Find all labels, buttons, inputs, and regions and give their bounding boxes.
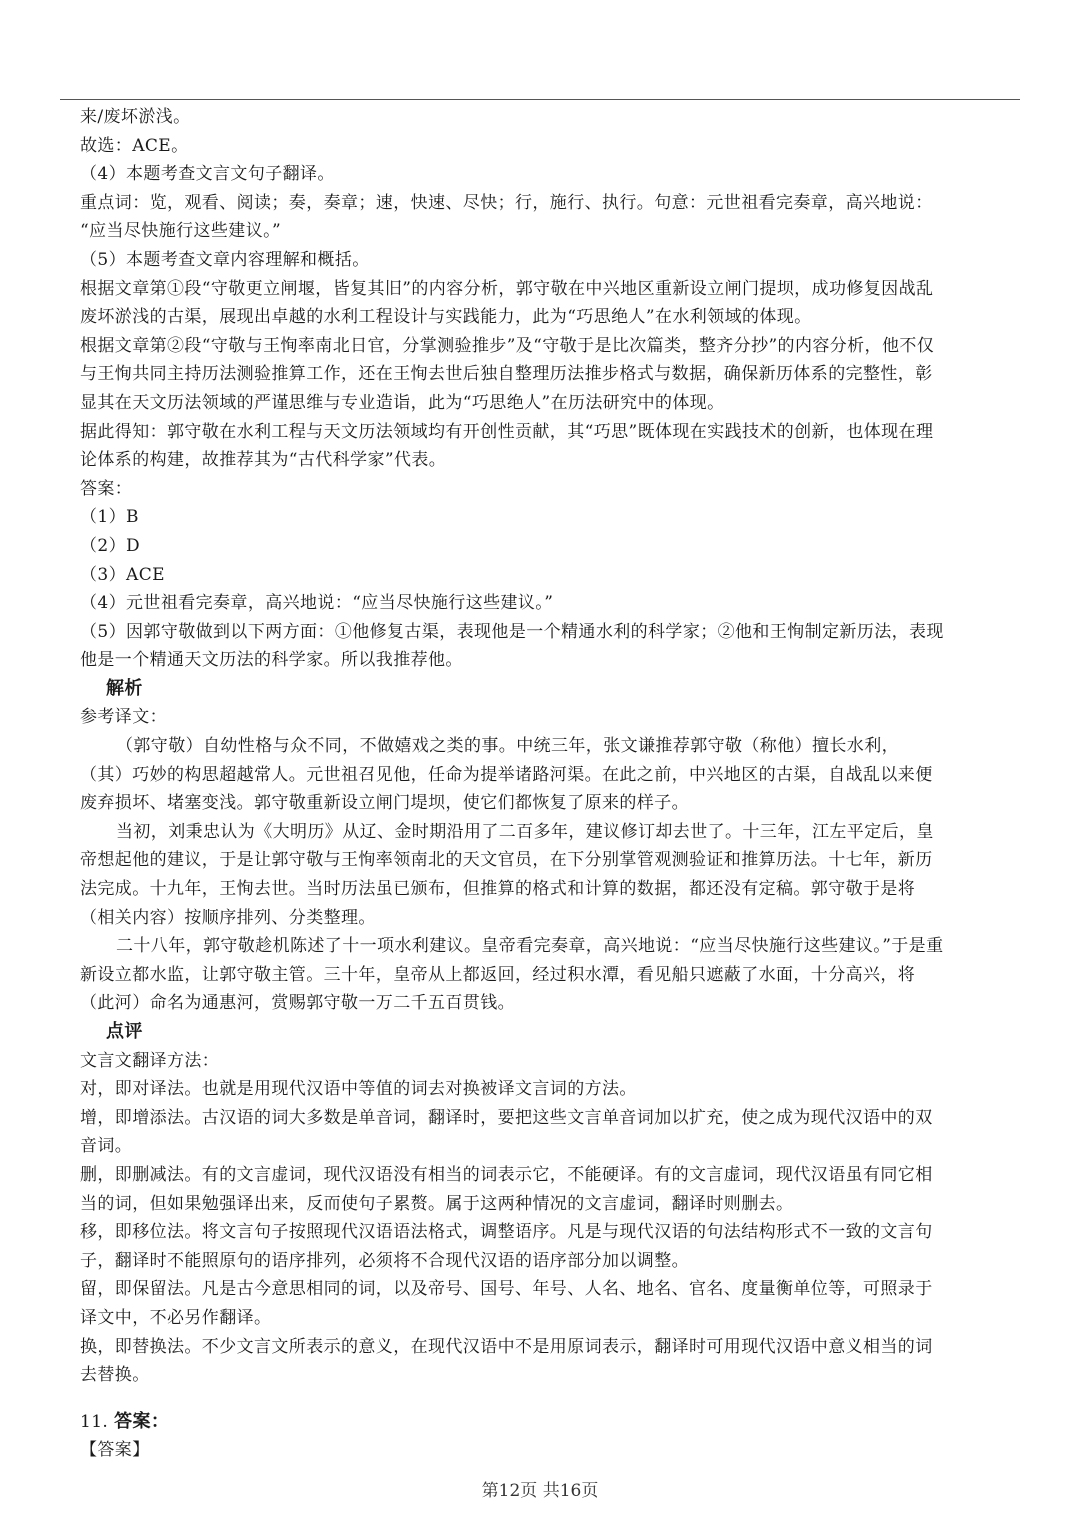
method-line: 音词。 <box>80 1132 1040 1161</box>
method-line: 对，即对译法。也就是用现代汉语中等值的词去对换被译文言词的方法。 <box>80 1075 1040 1104</box>
question-number: 11. <box>80 1412 108 1432</box>
text-line: 根据文章第①段“守敬更立闸堰，皆复其旧”的内容分析，郭守敬在中兴地区重新设立闸门… <box>80 275 1040 304</box>
translation-line: 法完成。十九年，王恂去世。当时历法虽已颁布，但推算的格式和计算的数据，都还没有定… <box>80 875 1040 904</box>
text-line: （4）本题考查文言文句子翻译。 <box>80 160 1040 189</box>
analysis-part1: 来/废坏淤浅。故选：ACE。（4）本题考查文言文句子翻译。重点词：览，观看、阅读… <box>80 103 1040 475</box>
translation-line: 帝想起他的建议，于是让郭守敬与王恂率领南北的天文官员，在下分别掌管观测验证和推算… <box>80 846 1040 875</box>
method-line: 留，即保留法。凡是古今意思相同的词，以及帝号、国号、年号、人名、地名、官名、度量… <box>80 1275 1040 1304</box>
translation-line: 当初，刘秉忠认为《大明历》从辽、金时期沿用了二百多年，建议修订却去世了。十三年，… <box>80 818 1040 847</box>
method-line: 子，翻译时不能照原句的语序排列，必须将不合现代汉语的语序部分加以调整。 <box>80 1247 1040 1276</box>
question-11-heading: 11. 答案： <box>80 1408 1040 1437</box>
text-line: 来/废坏淤浅。 <box>80 103 1040 132</box>
text-line: 废坏淤浅的古渠，展现出卓越的水利工程设计与实践能力，此为“巧思绝人”在水利领域的… <box>80 303 1040 332</box>
text-line: 论体系的构建，故推荐其为“古代科学家”代表。 <box>80 446 1040 475</box>
answer-line: （4）元世祖看完奏章，高兴地说：“应当尽快施行这些建议。” <box>80 589 1040 618</box>
methods-label: 文言文翻译方法： <box>80 1047 1040 1076</box>
question-11-sub-label: 【答案】 <box>80 1436 1040 1465</box>
text-line: （5）本题考查文章内容理解和概括。 <box>80 246 1040 275</box>
text-line: 与王恂共同主持历法测验推算工作，还在王恂去世后独自整理历法推步格式与数据，确保新… <box>80 360 1040 389</box>
answer-line: 他是一个精通天文历法的科学家。所以我推荐他。 <box>80 646 1040 675</box>
answers-list: （1）B（2）D（3）ACE（4）元世祖看完奏章，高兴地说：“应当尽快施行这些建… <box>80 503 1040 675</box>
answer-line: （1）B <box>80 503 1040 532</box>
answers-label: 答案： <box>80 475 1040 504</box>
translation-label: 参考译文： <box>80 703 1040 732</box>
method-line: 当的词，但如果勉强译出来，反而使句子累赘。属于这两种情况的文言虚词，翻译时则删去… <box>80 1190 1040 1219</box>
translation-body: （郭守敬）自幼性格与众不同，不做嬉戏之类的事。中统三年，张文谦推荐郭守敬（称他）… <box>80 732 1040 1018</box>
method-line: 去替换。 <box>80 1361 1040 1390</box>
method-line: 换，即替换法。不少文言文所表示的意义，在现代汉语中不是用原词表示，翻译时可用现代… <box>80 1333 1040 1362</box>
method-line: 移，即移位法。将文言句子按照现代汉语语法格式，调整语序。凡是与现代汉语的句法结构… <box>80 1218 1040 1247</box>
text-line: 重点词：览，观看、阅读；奏，奏章；速，快速、尽快；行，施行、执行。句意：元世祖看… <box>80 189 1040 218</box>
method-line: 译文中，不必另作翻译。 <box>80 1304 1040 1333</box>
text-line: 故选：ACE。 <box>80 132 1040 161</box>
answer-line: （2）D <box>80 532 1040 561</box>
answer-line: （5）因郭守敬做到以下两方面：①他修复古渠，表现他是一个精通水利的科学家；②他和… <box>80 618 1040 647</box>
analysis-heading: 解析 <box>80 675 1040 704</box>
text-line: 根据文章第②段“守敬与王恂率南北日官，分掌测验推步”及“守敬于是比次篇类，整齐分… <box>80 332 1040 361</box>
translation-line: （其）巧妙的构思超越常人。元世祖召见他，任命为提举诸路河渠。在此之前，中兴地区的… <box>80 761 1040 790</box>
answer-line: （3）ACE <box>80 561 1040 590</box>
text-line: “应当尽快施行这些建议。” <box>80 217 1040 246</box>
translation-line: （相关内容）按顺序排列、分类整理。 <box>80 904 1040 933</box>
translation-line: 废弃损坏、堵塞变浅。郭守敬重新设立闸门堤坝，使它们都恢复了原来的样子。 <box>80 789 1040 818</box>
question-answer-label: 答案： <box>114 1411 169 1432</box>
method-line: 删，即删减法。有的文言虚词，现代汉语没有相当的词表示它，不能硬译。有的文言虚词，… <box>80 1161 1040 1190</box>
translation-line: （此河）命名为通惠河，赏赐郭守敬一万二千五百贯钱。 <box>80 989 1040 1018</box>
translation-line: 二十八年，郭守敬趁机陈述了十一项水利建议。皇帝看完奏章，高兴地说：“应当尽快施行… <box>80 932 1040 961</box>
methods-list: 对，即对译法。也就是用现代汉语中等值的词去对换被译文言词的方法。增，即增添法。古… <box>80 1075 1040 1390</box>
translation-line: 新设立都水监，让郭守敬主管。三十年，皇帝从上都返回，经过积水潭，看见船只遮蔽了水… <box>80 961 1040 990</box>
comment-heading: 点评 <box>80 1018 1040 1047</box>
text-line: 显其在天文历法领域的严谨思维与专业造诣，此为“巧思绝人”在历法研究中的体现。 <box>80 389 1040 418</box>
translation-line: （郭守敬）自幼性格与众不同，不做嬉戏之类的事。中统三年，张文谦推荐郭守敬（称他）… <box>80 732 1040 761</box>
document-body: 来/废坏淤浅。故选：ACE。（4）本题考查文言文句子翻译。重点词：览，观看、阅读… <box>80 103 1040 1465</box>
text-line: 据此得知：郭守敬在水利工程与天文历法领域均有开创性贡献，其“巧思”既体现在实践技… <box>80 418 1040 447</box>
page-footer: 第12页 共16页 <box>0 1476 1080 1501</box>
method-line: 增，即增添法。古汉语的词大多数是单音词，翻译时，要把这些文言单音词加以扩充，使之… <box>80 1104 1040 1133</box>
header-rule <box>60 99 1020 100</box>
